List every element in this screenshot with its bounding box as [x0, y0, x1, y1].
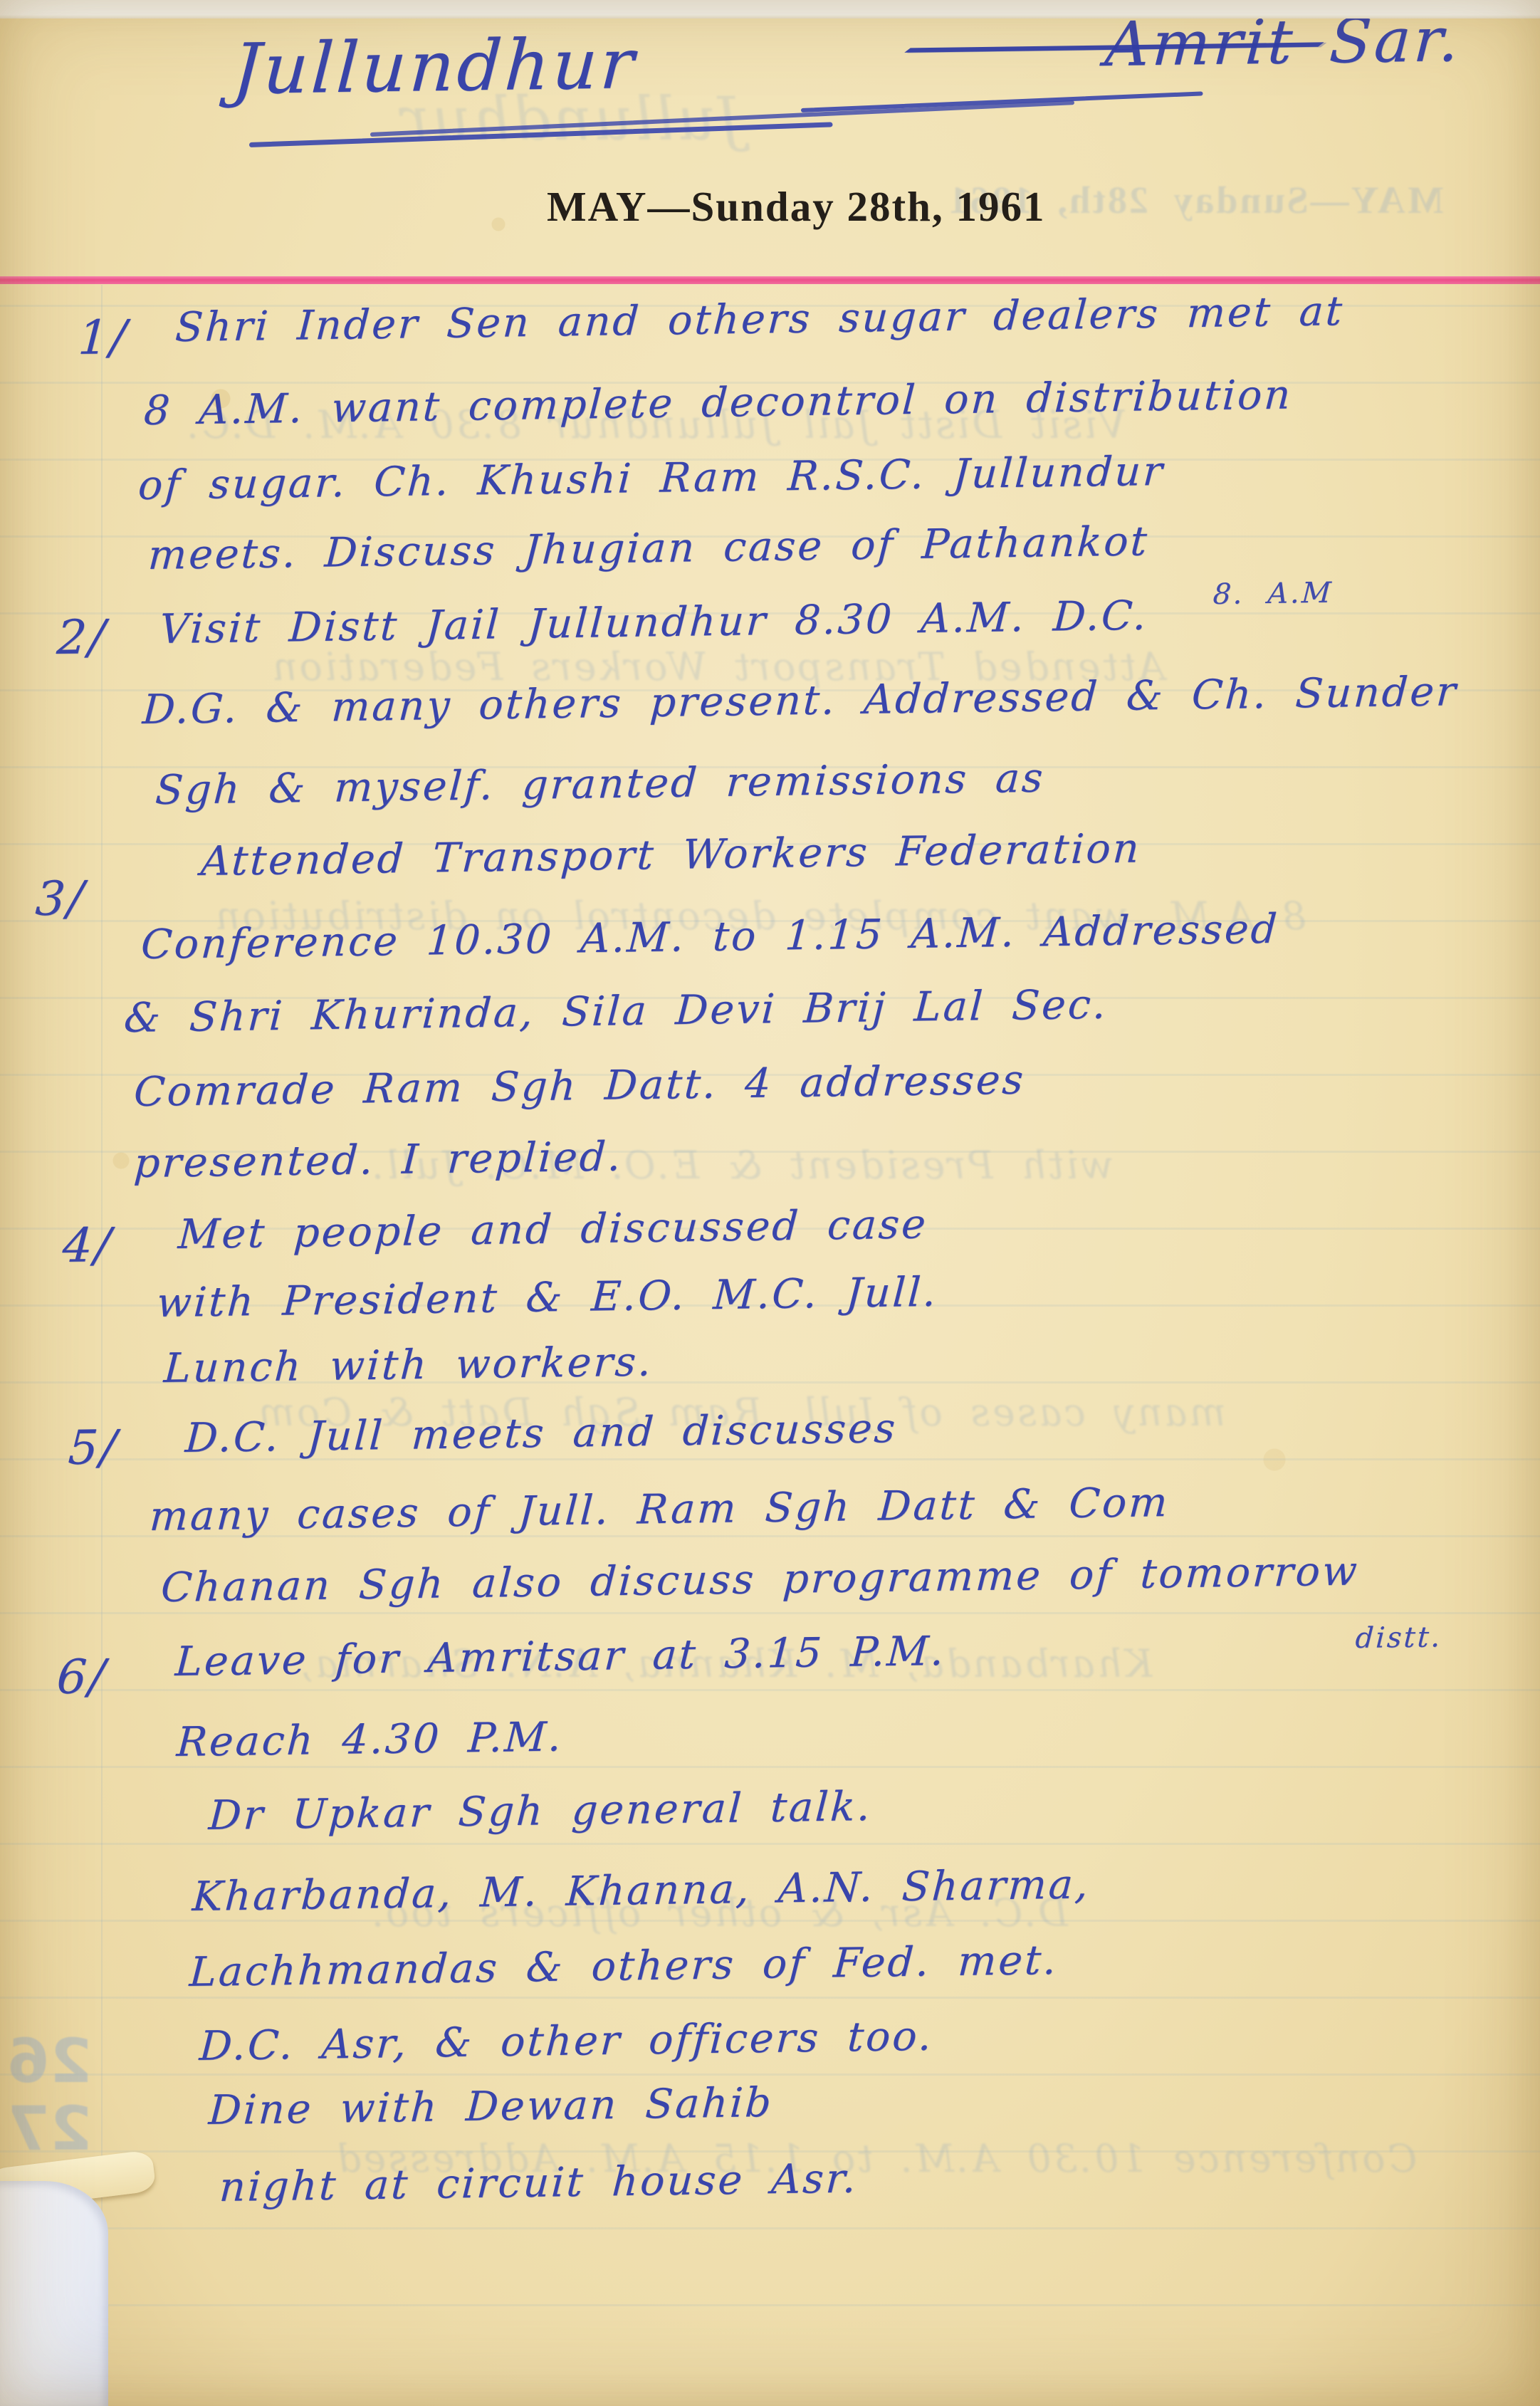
- page-number-bleed: 27: [7, 2093, 93, 2165]
- entry-number: 6/: [56, 1650, 108, 1705]
- entry-line: night at circuit house Asr.: [218, 2155, 859, 2211]
- entry-line: Chanan Sgh also discuss programme of tom…: [159, 1549, 1360, 1612]
- entry-line: Shri Inder Sen and others sugar dealers …: [174, 288, 1345, 352]
- entry-number: 4/: [61, 1218, 114, 1273]
- entry-line: presented. I replied.: [132, 1134, 624, 1187]
- entry-line: Attended Transport Workers Federation: [199, 826, 1142, 886]
- entry-line: D.C. Asr, & other officers too.: [198, 2014, 934, 2071]
- entry-line: Dr Upkar Sgh general talk.: [207, 1784, 873, 1840]
- entry-line: Lunch with workers.: [162, 1339, 654, 1392]
- entry-line: Kharbanda, M. Khanna, A.N. Sharma,: [191, 1861, 1091, 1920]
- torn-corner: [0, 2181, 108, 2406]
- entry-line: & Shri Khurinda, Sila Devi Brij Lal Sec.: [122, 982, 1109, 1042]
- margin-line: [101, 285, 103, 2406]
- entry-line: Conference 10.30 A.M. to 1.15 A.M. Addre…: [140, 906, 1280, 969]
- entry-line: Visit Distt Jail Jullundhur 8.30 A.M. D.…: [158, 593, 1149, 654]
- entry-line: Met people and discussed case: [177, 1201, 928, 1258]
- entry-superscript: 8. A.M: [1212, 577, 1334, 611]
- entry-number: 5/: [67, 1421, 120, 1475]
- printed-date: MAY—Sunday 28th, 1961: [547, 182, 1045, 231]
- entry-line: Dine with Dewan Sahib: [207, 2080, 774, 2135]
- entry-number: 3/: [34, 872, 87, 926]
- entry-superscript: distt.: [1354, 1621, 1442, 1655]
- pink-rule: [0, 276, 1540, 284]
- entry-line: meets. Discuss Jhugian case of Pathankot: [147, 518, 1150, 579]
- route-from: Jullundhur: [231, 24, 639, 110]
- top-scan-edge: [0, 0, 1540, 19]
- diary-page-scan: Jullundhur MAY—Sunday 28th, 1961 Visit D…: [0, 0, 1540, 2406]
- entry-line: many cases of Jull. Ram Sgh Datt & Com: [148, 1480, 1170, 1541]
- entry-line: 8 A.M. want complete decontrol on distri…: [142, 372, 1294, 434]
- entry-line: D.G. & many others present. Addressed & …: [141, 669, 1459, 733]
- entry-line: of sugar. Ch. Khushi Ram R.S.C. Jullundu…: [137, 449, 1166, 510]
- entry-line: D.C. Jull meets and discusses: [184, 1406, 899, 1463]
- entry-line: Comrade Ram Sgh Datt. 4 addresses: [132, 1057, 1026, 1116]
- entry-number: 1/: [77, 310, 130, 365]
- entry-line: Leave for Amritsar at 3.15 P.M.: [174, 1628, 947, 1686]
- entry-line: Sgh & myself. granted remissions as: [154, 755, 1046, 815]
- entry-line: with President & E.O. M.C. Jull.: [155, 1270, 939, 1327]
- entry-line: Lachhmandas & others of Fed. met.: [188, 1937, 1059, 1997]
- page-number-bleed: 26: [7, 2026, 93, 2097]
- entry-line: Reach 4.30 P.M.: [175, 1714, 564, 1766]
- route-underline: [801, 91, 1203, 113]
- entry-number: 2/: [56, 610, 108, 665]
